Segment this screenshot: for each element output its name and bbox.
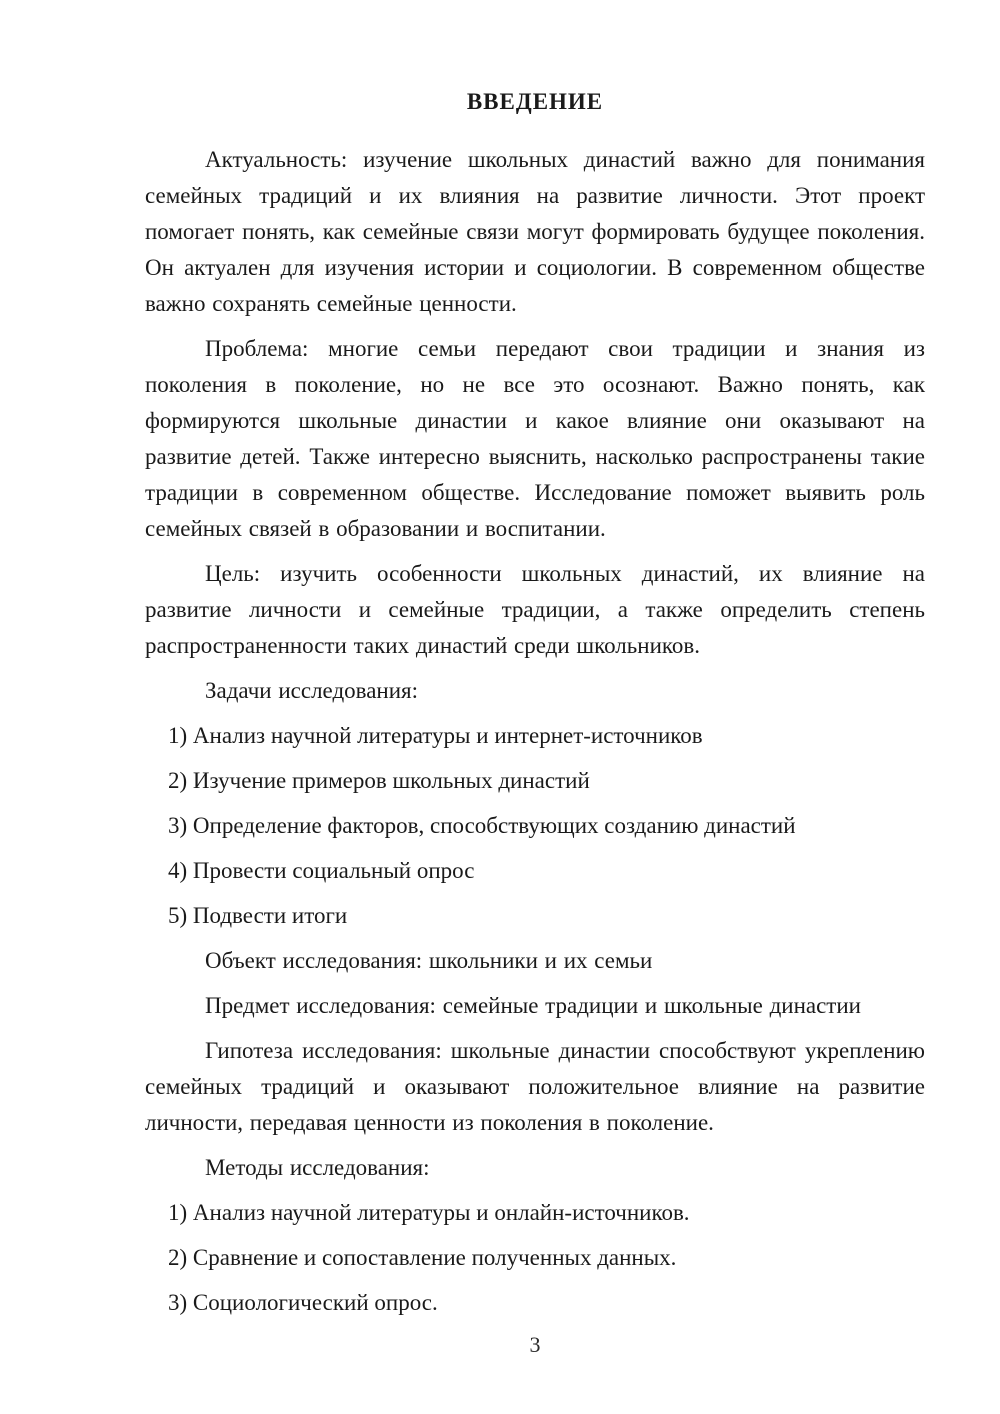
document-content: ВВЕДЕНИЕ Актуальность: изучение школьных… (145, 84, 925, 1330)
page-number: 3 (145, 1330, 925, 1360)
task-list-item-4: 4) Провести социальный опрос (145, 853, 925, 889)
method-list-item-3: 3) Социологический опрос. (145, 1285, 925, 1321)
paragraph-methods-label: Методы исследования: (145, 1150, 925, 1186)
document-heading: ВВЕДЕНИЕ (145, 84, 925, 120)
method-list-item-1: 1) Анализ научной литературы и онлайн-ис… (145, 1195, 925, 1231)
paragraph-subject: Предмет исследования: семейные традиции … (145, 988, 925, 1024)
task-list-item-2: 2) Изучение примеров школьных династий (145, 763, 925, 799)
task-list-item-1: 1) Анализ научной литературы и интернет-… (145, 718, 925, 754)
paragraph-hypothesis: Гипотеза исследования: школьные династии… (145, 1033, 925, 1141)
paragraph-goal: Цель: изучить особенности школьных динас… (145, 556, 925, 664)
document-page: ВВЕДЕНИЕ Актуальность: изучение школьных… (0, 0, 1000, 1414)
paragraph-relevance: Актуальность: изучение школьных династий… (145, 142, 925, 322)
method-list-item-2: 2) Сравнение и сопоставление полученных … (145, 1240, 925, 1276)
paragraph-problem: Проблема: многие семьи передают свои тра… (145, 331, 925, 547)
paragraph-tasks-label: Задачи исследования: (145, 673, 925, 709)
paragraph-object: Объект исследования: школьники и их семь… (145, 943, 925, 979)
task-list-item-5: 5) Подвести итоги (145, 898, 925, 934)
task-list-item-3: 3) Определение факторов, способствующих … (145, 808, 925, 844)
